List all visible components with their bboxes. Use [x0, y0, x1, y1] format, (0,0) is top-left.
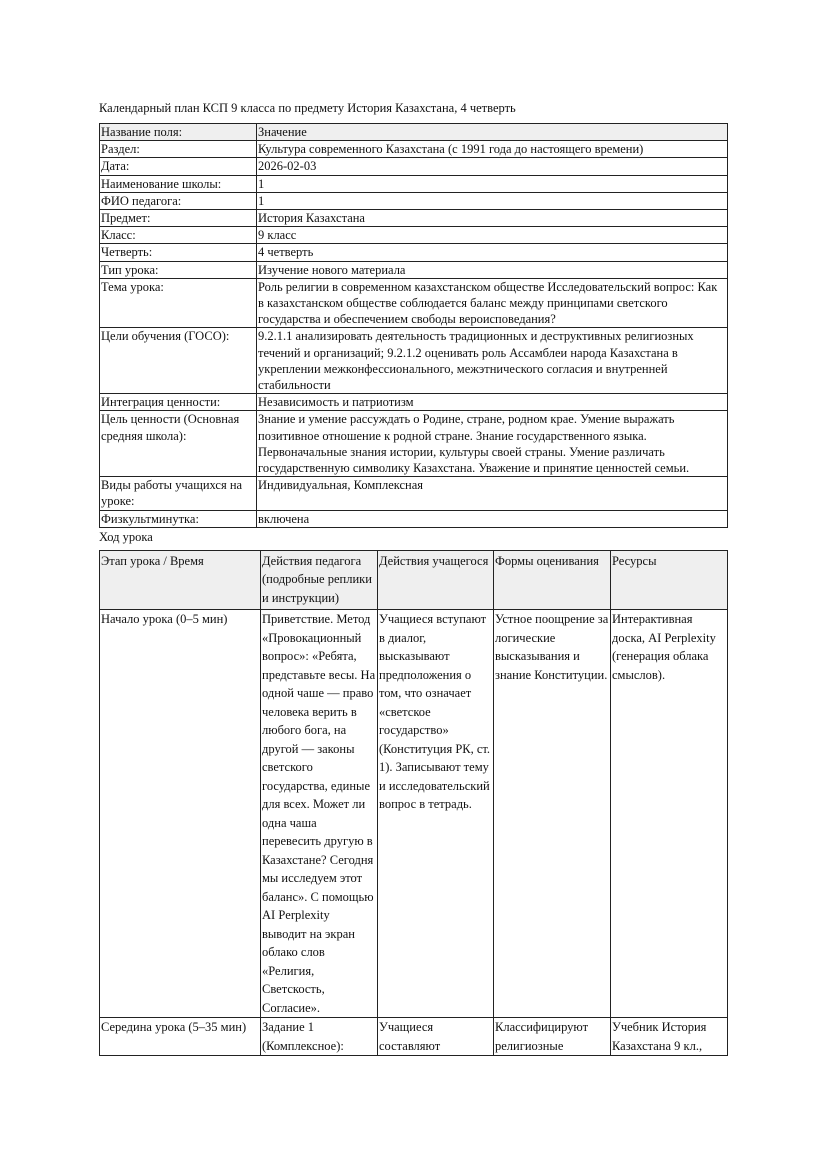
field-value: Роль религии в современном казахстанском…	[257, 278, 728, 328]
info-table-row: Интеграция ценности:Независимость и патр…	[100, 394, 728, 411]
plan-table-row: Середина урока (5–35 мин)Задание 1 (Комп…	[100, 1018, 728, 1056]
teacher-column-header: Действия педагога (подробные реплики и и…	[261, 550, 378, 610]
field-label: Виды работы учащихся на уроке:	[100, 477, 257, 510]
info-table-row: ФИО педагога:1	[100, 192, 728, 209]
field-value: Изучение нового материала	[257, 261, 728, 278]
field-value: 9.2.1.1 анализировать деятельность тради…	[257, 328, 728, 394]
resources-cell: Интерактивная доска, AI Perplexity (гене…	[611, 610, 728, 1018]
field-label: Наименование школы:	[100, 175, 257, 192]
student-column-header: Действия учащегося	[378, 550, 494, 610]
field-label: ФИО педагога:	[100, 192, 257, 209]
lesson-progress-title: Ход урока	[99, 528, 727, 550]
info-table-header: Название поля: Значение	[100, 124, 728, 141]
field-value: включена	[257, 510, 728, 527]
field-value: 9 класс	[257, 227, 728, 244]
field-label: Тема урока:	[100, 278, 257, 328]
info-table-row: Тема урока:Роль религии в современном ка…	[100, 278, 728, 328]
student-cell: Учащиеся вступают в диалог, высказывают …	[378, 610, 494, 1018]
plan-table-row: Начало урока (0–5 мин)Приветствие. Метод…	[100, 610, 728, 1018]
value-column-header: Значение	[257, 124, 728, 141]
assessment-cell: Устное поощрение за логические высказыва…	[494, 610, 611, 1018]
field-value: Индивидуальная, Комплексная	[257, 477, 728, 510]
stage-column-header: Этап урока / Время	[100, 550, 261, 610]
plan-table-header: Этап урока / Время Действия педагога (по…	[100, 550, 728, 610]
field-label: Четверть:	[100, 244, 257, 261]
document-page: Календарный план КСП 9 класса по предмет…	[99, 99, 727, 1056]
student-cell: Учащиеся составляют	[378, 1018, 494, 1056]
lesson-plan-table: Этап урока / Время Действия педагога (по…	[99, 550, 728, 1057]
field-label: Физкультминутка:	[100, 510, 257, 527]
field-label: Цели обучения (ГОСО):	[100, 328, 257, 394]
info-table-row: Раздел:Культура современного Казахстана …	[100, 141, 728, 158]
teacher-cell: Приветствие. Метод «Провокационный вопро…	[261, 610, 378, 1018]
field-label: Интеграция ценности:	[100, 394, 257, 411]
info-table-row: Физкультминутка:включена	[100, 510, 728, 527]
assessment-cell: Классифицируют религиозные	[494, 1018, 611, 1056]
info-table-row: Класс:9 класс	[100, 227, 728, 244]
info-table-row: Четверть:4 четверть	[100, 244, 728, 261]
info-table-row: Дата:2026-02-03	[100, 158, 728, 175]
stage-cell: Середина урока (5–35 мин)	[100, 1018, 261, 1056]
field-label: Класс:	[100, 227, 257, 244]
field-value: 2026-02-03	[257, 158, 728, 175]
field-label: Тип урока:	[100, 261, 257, 278]
field-value: 1	[257, 175, 728, 192]
field-label: Дата:	[100, 158, 257, 175]
resources-column-header: Ресурсы	[611, 550, 728, 610]
field-value: Независимость и патриотизм	[257, 394, 728, 411]
resources-cell: Учебник История Казахстана 9 кл.,	[611, 1018, 728, 1056]
info-table-row: Тип урока:Изучение нового материала	[100, 261, 728, 278]
assessment-column-header: Формы оценивания	[494, 550, 611, 610]
field-value: Культура современного Казахстана (с 1991…	[257, 141, 728, 158]
field-value: 4 четверть	[257, 244, 728, 261]
field-label: Предмет:	[100, 210, 257, 227]
field-value: 1	[257, 192, 728, 209]
teacher-cell: Задание 1 (Комплексное):	[261, 1018, 378, 1056]
stage-cell: Начало урока (0–5 мин)	[100, 610, 261, 1018]
field-label: Раздел:	[100, 141, 257, 158]
field-value: История Казахстана	[257, 210, 728, 227]
document-title: Календарный план КСП 9 класса по предмет…	[99, 99, 727, 123]
field-label: Цель ценности (Основная средняя школа):	[100, 411, 257, 477]
lesson-info-table: Название поля: Значение Раздел:Культура …	[99, 123, 728, 528]
info-table-row: Цели обучения (ГОСО):9.2.1.1 анализирова…	[100, 328, 728, 394]
field-value: Знание и умение рассуждать о Родине, стр…	[257, 411, 728, 477]
info-table-row: Цель ценности (Основная средняя школа):З…	[100, 411, 728, 477]
info-table-row: Предмет:История Казахстана	[100, 210, 728, 227]
info-table-row: Виды работы учащихся на уроке:Индивидуал…	[100, 477, 728, 510]
field-column-header: Название поля:	[100, 124, 257, 141]
info-table-row: Наименование школы:1	[100, 175, 728, 192]
